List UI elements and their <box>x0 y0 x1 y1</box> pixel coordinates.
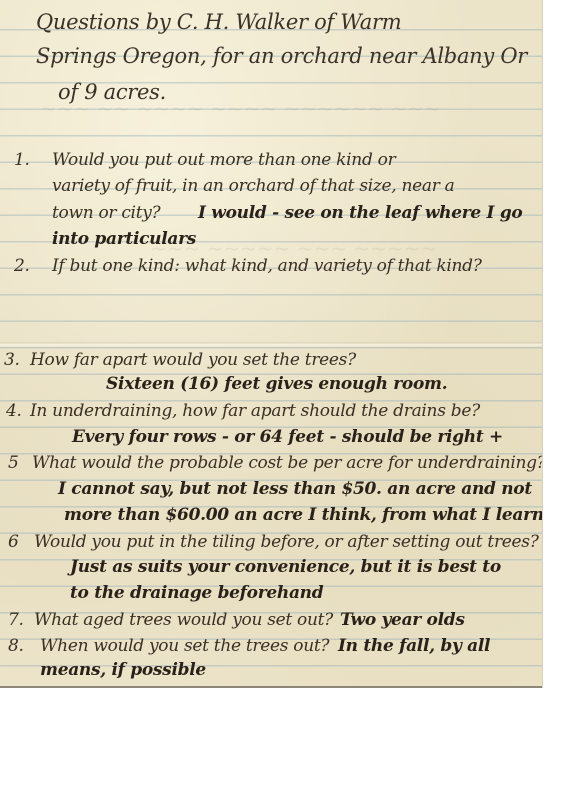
question-2-line-1: If but one kind: what kind, and variety … <box>52 256 482 276</box>
answer-3-line-1: Sixteen (16) feet gives enough room. <box>106 374 447 394</box>
question-5-line-1: What would the probable cost be per acre… <box>32 453 542 473</box>
item-number: 2. <box>14 256 30 276</box>
answer-5-line-2: more than $60.00 an acre I think, from w… <box>64 505 542 525</box>
answer-1-inline: I would - see on the leaf where I go <box>198 203 522 223</box>
answer-6-line-1: Just as suits your convenience, but it i… <box>70 557 501 577</box>
item-number: 5 <box>8 453 19 473</box>
question-1-line-3: town or city? <box>52 203 160 223</box>
item-number: 3. <box>4 350 20 370</box>
heading-line-2: Springs Oregon, for an orchard near Alba… <box>36 44 527 68</box>
heading-line-3: of 9 acres. <box>58 80 166 104</box>
question-8-line-1: When would you set the trees out? <box>40 636 329 656</box>
answer-6-line-2: to the drainage beforehand <box>70 583 323 603</box>
question-1-line-2: variety of fruit, in an orchard of that … <box>52 176 455 196</box>
item-number: 1. <box>14 150 30 170</box>
answer-7-inline: Two year olds <box>340 610 465 630</box>
answer-8-inline: In the fall, by all <box>338 636 490 656</box>
answer-5-line-1: I cannot say, but not less than $50. an … <box>58 479 532 499</box>
question-7-line-1: What aged trees would you set out? <box>34 610 333 630</box>
letter-paper: ~~~ ~~ ~~~~ ~~~~ ~~~~~~ ~~~ ~~~ ~~~~~ ~~… <box>0 0 542 688</box>
paper-fold-crease <box>0 342 542 348</box>
question-4-line-1: In underdraining, how far apart should t… <box>30 401 480 421</box>
item-number: 8. <box>8 636 24 656</box>
answer-1-line-1: into particulars <box>52 229 196 249</box>
question-3-line-1: How far apart would you set the trees? <box>30 350 356 370</box>
answer-4-line-1: Every four rows - or 64 feet - should be… <box>72 427 503 447</box>
page: ~~~ ~~ ~~~~ ~~~~ ~~~~~~ ~~~ ~~~ ~~~~~ ~~… <box>0 0 582 800</box>
question-6-line-1: Would you put in the tiling before, or a… <box>34 532 539 552</box>
item-number: 4. <box>6 401 22 421</box>
item-number: 6 <box>8 532 19 552</box>
question-1-line-1: Would you put out more than one kind or <box>52 150 395 170</box>
heading-line-1: Questions by C. H. Walker of Warm <box>36 10 401 34</box>
answer-8-line-1: means, if possible <box>40 660 206 680</box>
item-number: 7. <box>8 610 24 630</box>
